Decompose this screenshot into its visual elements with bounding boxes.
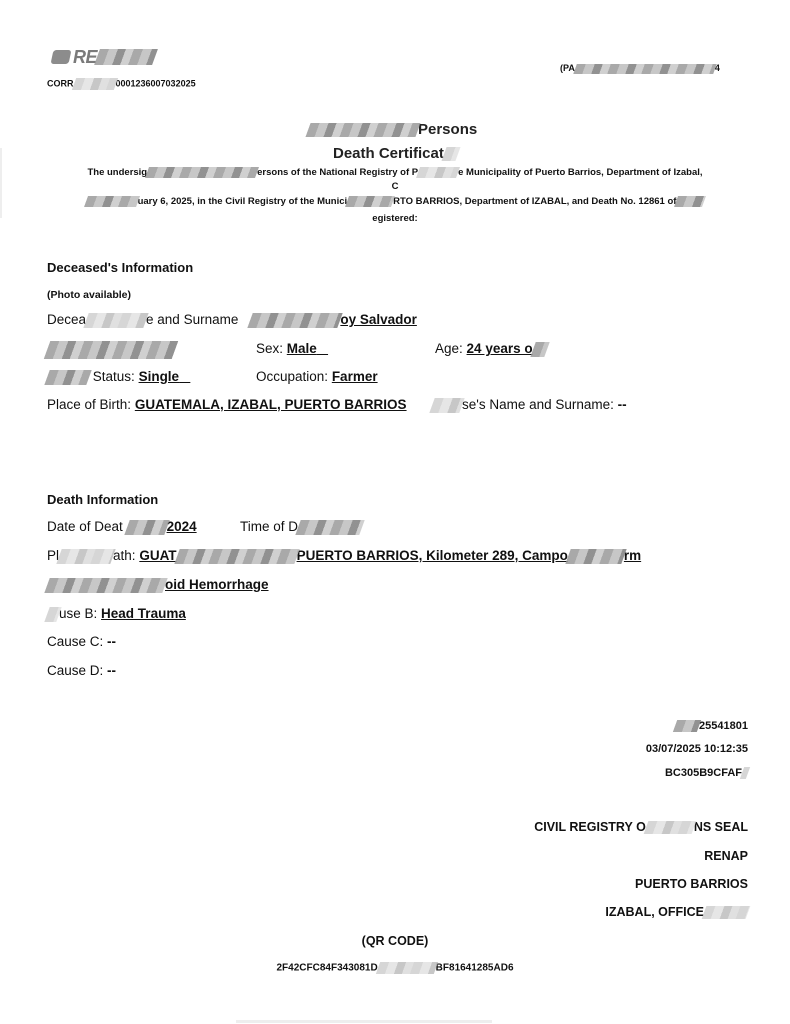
- redaction: [44, 578, 167, 593]
- seal-line-1: CIVIL REGISTRY ONS SEAL: [534, 820, 748, 834]
- age-field: Age: 24 years o: [435, 341, 547, 357]
- redaction: [84, 196, 140, 207]
- seal-line-3: PUERTO BARRIOS: [635, 877, 748, 891]
- verification-code: BC305B9CFAF: [665, 767, 748, 779]
- scan-edge-bottom: [236, 1020, 492, 1023]
- cause-d-field: Cause D: --: [47, 663, 116, 678]
- registry-title: Persons: [308, 121, 477, 138]
- date-of-death-value: 2024: [167, 519, 197, 534]
- scan-edge: [0, 148, 2, 218]
- redaction: [429, 398, 464, 413]
- place-of-birth-value: GUATEMALA, IZABAL, PUERTO BARRIOS: [135, 397, 407, 412]
- redaction: [124, 520, 169, 535]
- qr-code-label: (QR CODE): [0, 934, 790, 948]
- redaction: [248, 313, 343, 328]
- cause-c-value: --: [107, 634, 116, 649]
- marital-status-field: Status: Single: [47, 369, 190, 385]
- place-of-birth-field: Place of Birth: GUATEMALA, IZABAL, PUERT…: [47, 397, 407, 412]
- place-of-death-value: GUATPUERTO BARRIOS, Kilometer 289, Campo…: [139, 548, 641, 563]
- seal-line-4: IZABAL, OFFICE: [605, 905, 748, 919]
- deceased-heading: Deceased's Information: [47, 260, 193, 275]
- renap-logo: RE: [52, 48, 155, 66]
- redaction: [305, 123, 420, 137]
- redaction: [673, 720, 701, 732]
- place-of-death-field: Plath: GUATPUERTO BARRIOS, Kilometer 289…: [47, 548, 641, 564]
- certificate-title: Death Certificat: [333, 145, 458, 162]
- occupation-value: Farmer: [332, 369, 378, 384]
- redaction: [643, 821, 696, 834]
- redaction: [674, 196, 706, 207]
- redaction: [44, 341, 179, 359]
- seal-line-2: RENAP: [704, 849, 748, 863]
- redaction: [573, 64, 717, 74]
- verification-datetime: 03/07/2025 10:12:35: [646, 743, 748, 755]
- redaction: [441, 147, 460, 161]
- redaction: [416, 167, 460, 178]
- intro-line-4: egistered:: [40, 213, 750, 224]
- occupation-field: Occupation: Farmer: [256, 369, 378, 384]
- redaction: [295, 520, 364, 535]
- spouse-value: --: [618, 397, 627, 412]
- intro-line-2: C: [40, 181, 750, 192]
- reference-code: (PA4: [560, 63, 720, 74]
- redaction: [94, 49, 158, 65]
- redaction: [56, 549, 115, 564]
- sex-value: Male: [287, 341, 328, 356]
- fingerprint-icon: [51, 50, 72, 64]
- spouse-field: se's Name and Surname: --: [432, 397, 627, 413]
- deceased-id-field: [47, 341, 175, 359]
- redaction: [145, 167, 259, 178]
- redaction: [174, 549, 299, 564]
- cause-d-value: --: [107, 663, 116, 678]
- cause-b-field: use B: Head Trauma: [47, 606, 186, 622]
- redaction: [702, 906, 751, 919]
- photo-note: (Photo available): [47, 289, 131, 301]
- redaction: [345, 196, 395, 207]
- age-value: 24 years o: [467, 341, 533, 356]
- cause-a-value: oid Hemorrhage: [165, 577, 269, 592]
- redaction: [44, 370, 91, 385]
- intro-line-3: uary 6, 2025, in the Civil Registry of t…: [40, 196, 750, 207]
- deceased-name-row: Deceae and Surnameoy Salvador: [47, 312, 417, 328]
- cause-c-field: Cause C: --: [47, 634, 116, 649]
- cause-b-value: Head Trauma: [101, 606, 186, 621]
- cause-a-field: oid Hemorrhage: [47, 577, 269, 593]
- sex-field: Sex: Male: [256, 341, 328, 356]
- verification-number: 25541801: [675, 720, 748, 732]
- intro-line-1: The undersigersons of the National Regis…: [40, 167, 750, 178]
- deceased-name-value: oy Salvador: [340, 312, 417, 327]
- redaction: [71, 78, 117, 90]
- marital-status-value: Single: [139, 369, 191, 384]
- redaction: [83, 313, 148, 328]
- date-of-death-field: Date of Deat 2024: [47, 519, 197, 535]
- redaction: [565, 549, 626, 564]
- document-hash: 2F42CFC84F343081DBF81641285AD6: [0, 962, 790, 974]
- correlative-number: CORR0001236007032025: [47, 78, 196, 90]
- redaction: [375, 962, 437, 974]
- time-of-death-field: Time of D: [240, 519, 362, 535]
- death-heading: Death Information: [47, 492, 158, 507]
